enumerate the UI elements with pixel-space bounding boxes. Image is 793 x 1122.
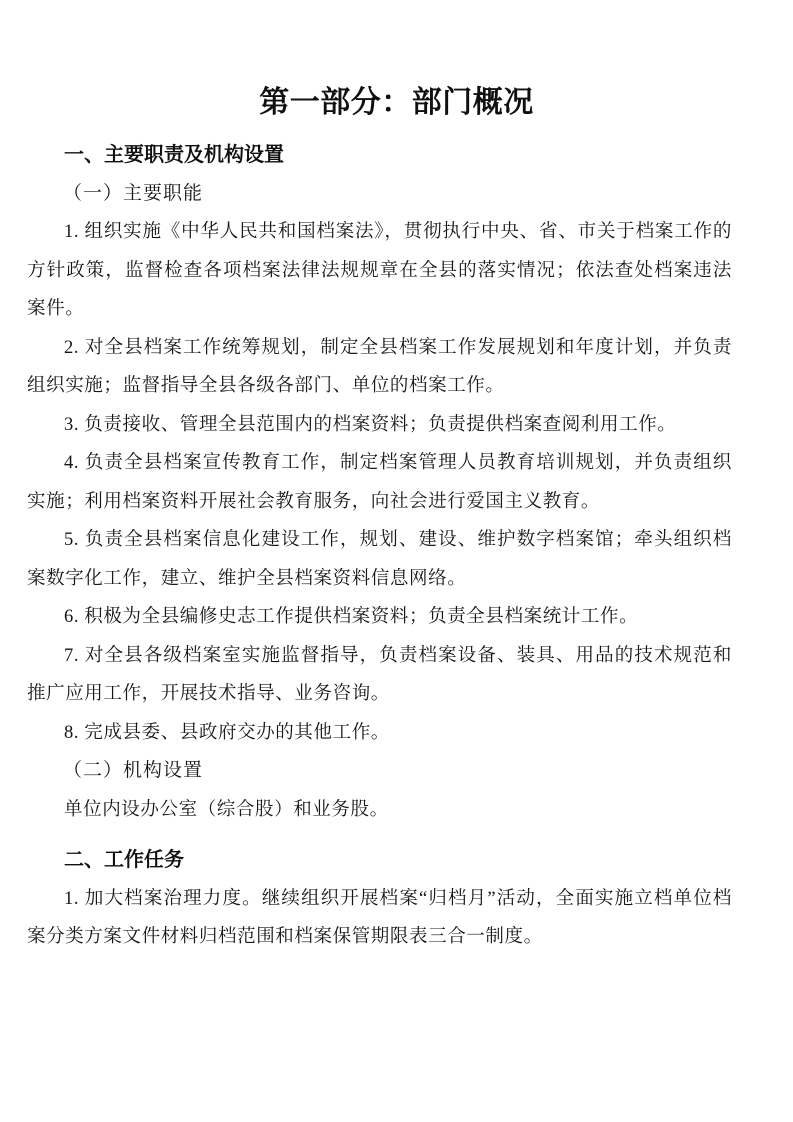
section-heading-work-tasks: 二、工作任务 bbox=[27, 841, 732, 880]
paragraph-duty-1: 1. 组织实施《中华人民共和国档案法》，贯彻执行中央、省、市关于档案工作的方针政… bbox=[27, 213, 732, 329]
sub-heading-main-functions: （一）主要职能 bbox=[27, 175, 732, 214]
paragraph-duty-7: 7. 对全县各级档案室实施监督指导，负责档案设备、装具、用品的技术规范和推广应用… bbox=[27, 637, 732, 714]
paragraph-organization: 单位内设办公室（综合股）和业务股。 bbox=[27, 791, 732, 830]
document-title: 第一部分：部门概况 bbox=[27, 82, 732, 124]
document-page: 第一部分：部门概况 一、主要职责及机构设置 （一）主要职能 1. 组织实施《中华… bbox=[0, 0, 793, 1122]
paragraph-task-1: 1. 加大档案治理力度。继续组织开展档案“归档月”活动，全面实施立档单位档案分类… bbox=[27, 880, 732, 957]
paragraph-duty-8: 8. 完成县委、县政府交办的其他工作。 bbox=[27, 714, 732, 753]
paragraph-duty-2: 2. 对全县档案工作统筹规划，制定全县档案工作发展规划和年度计划，并负责组织实施… bbox=[27, 329, 732, 406]
paragraph-duty-6: 6. 积极为全县编修史志工作提供档案资料；负责全县档案统计工作。 bbox=[27, 598, 732, 637]
document-content: 第一部分：部门概况 一、主要职责及机构设置 （一）主要职能 1. 组织实施《中华… bbox=[27, 0, 732, 957]
paragraph-duty-4: 4. 负责全县档案宣传教育工作，制定档案管理人员教育培训规划，并负责组织实施；利… bbox=[27, 444, 732, 521]
section-heading-main-duties: 一、主要职责及机构设置 bbox=[27, 136, 732, 175]
sub-heading-organization-setup: （二）机构设置 bbox=[27, 752, 732, 791]
paragraph-duty-5: 5. 负责全县档案信息化建设工作，规划、建设、维护数字档案馆；牵头组织档案数字化… bbox=[27, 521, 732, 598]
paragraph-duty-3: 3. 负责接收、管理全县范围内的档案资料；负责提供档案查阅利用工作。 bbox=[27, 406, 732, 445]
